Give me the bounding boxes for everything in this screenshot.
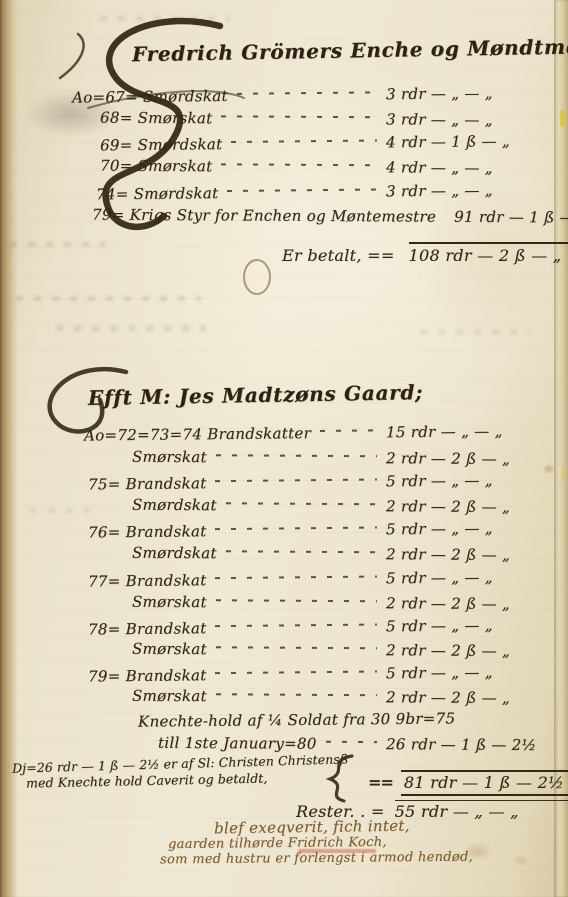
ink-oval-artifact	[241, 258, 275, 298]
dotted-leader	[215, 575, 377, 579]
entry-label: 74= Smørdskat	[96, 184, 219, 203]
bleedthrough-artifact	[56, 326, 206, 331]
ledger-line: 77= Brandskat 5 rdr — „ — „	[88, 568, 560, 591]
dotted-leader	[216, 693, 377, 696]
bleedthrough-artifact	[100, 16, 230, 21]
ledger-line: Ao=67= Smørdskat 3 rdr — „ — „	[72, 83, 560, 106]
ledger-line: 68= Smørskat 3 rdr — „ — „	[100, 109, 560, 130]
entry-label: Smørdskat	[132, 544, 217, 563]
entry-amount: 2 rdr — 2 ß — „	[386, 545, 560, 564]
yellow-fleck	[560, 110, 565, 126]
yellow-fleck	[562, 470, 566, 478]
dotted-leader	[215, 623, 377, 627]
entry-label: 69= Smørdskat	[100, 135, 223, 154]
ledger-line: 75= Brandskat 5 rdr — „ — „	[88, 471, 560, 494]
dotted-leader	[226, 550, 377, 553]
entry-amount: 2 rdr — 2 ß — „	[386, 449, 560, 468]
entry-amount: 3 rdr — „ — „	[386, 110, 560, 129]
entry-amount: 26 rdr — 1 ß — 2½	[386, 735, 560, 754]
entry-label: Smørskat	[132, 593, 207, 611]
bleedthrough-artifact	[10, 242, 105, 247]
ledger-line: 70= Smørskat 4 rdr — „ — „	[100, 157, 560, 178]
bleedthrough-artifact	[420, 330, 530, 335]
ledger-line: Smørskat 2 rdr — 2 ß — „	[132, 687, 560, 708]
ledger-line: 79= Krigs Styr for Enchen og Møntemestre…	[92, 206, 560, 227]
entry-label: till 1ste January=80	[158, 734, 317, 753]
dotted-leader	[216, 646, 377, 649]
ledger-line: Smørdskat 2 rdr — 2 ß — „	[132, 496, 560, 517]
section-heading: Fredrich Grömers Enche og Møndtmestr;	[132, 34, 568, 67]
entry-amount: 2 rdr — 2 ß — „	[386, 688, 560, 707]
entry-label: Smørdskat	[132, 496, 217, 515]
rester-amount: 55 rdr — „ — „	[395, 800, 568, 821]
dotted-leader	[226, 502, 377, 505]
ledger-line: Smørskat 2 rdr — 2 ß — „	[132, 448, 560, 469]
entry-amount: 2 rdr — 2 ß — „	[386, 594, 560, 613]
ledger-line: Smørdskat 2 rdr — 2 ß — „	[132, 544, 560, 565]
dotted-leader	[215, 526, 377, 530]
entry-amount: 5 rdr — „ — „	[386, 616, 560, 636]
sum-amount: 108 rdr — 2 ß — „	[409, 242, 568, 265]
entry-label: 76= Brandskat	[88, 522, 207, 541]
ledger-line: Smørskat 2 rdr — 2 ß — „	[132, 593, 560, 614]
foxing-spot	[514, 855, 529, 866]
entry-label: 68= Smørskat	[100, 109, 213, 128]
dotted-leader	[215, 670, 377, 674]
entry-amount: 5 rdr — „ — „	[386, 568, 560, 588]
ledger-line: Ao=72=73=74 Brandskatter 15 rdr — „ — „	[84, 422, 560, 445]
entry-amount: 3 rdr — „ — „	[386, 83, 560, 103]
dotted-leader	[221, 115, 377, 118]
equals-sign: ==	[368, 773, 393, 792]
red-underline	[298, 849, 376, 853]
ledger-line: 78= Brandskat 5 rdr — „ — „	[88, 616, 560, 639]
dotted-leader	[237, 91, 377, 94]
dotted-leader	[231, 139, 377, 143]
entry-label: 79= Krigs Styr for Enchen og Møntemestre	[92, 206, 436, 226]
ledger-line: Smørskat 2 rdr — 2 ß — „	[132, 640, 560, 661]
ledger-line: 74= Smørdskat 3 rdr — „ — „	[96, 181, 560, 204]
entry-amount: 91 rdr — 1 ß — „	[454, 208, 568, 227]
section-heading: Efft M: Jes Madtzøns Gaard;	[88, 380, 424, 410]
dotted-leader	[320, 429, 377, 432]
entry-label: Knechte-hold af ¼ Soldat fra 30 9br=75	[138, 709, 455, 730]
entry-label: 70= Smørskat	[100, 157, 213, 176]
entry-label: Smørskat	[132, 448, 207, 466]
ledger-line: 76= Brandskat 5 rdr — „ — „	[88, 519, 560, 542]
manuscript-page: Fredrich Grömers Enche og Møndtmestr; Ao…	[0, 0, 568, 897]
sum-label: Er betalt, ==	[282, 246, 395, 265]
sum-line: Er betalt, == 108 rdr — 2 ß — „	[282, 242, 568, 265]
entry-amount: 5 rdr — „ — „	[386, 663, 560, 683]
paid-total-amount: 81 rdr — 1 ß — 2½	[401, 770, 568, 796]
entry-amount: 3 rdr — „ — „	[386, 181, 560, 201]
entry-label: 75= Brandskat	[88, 474, 207, 493]
bleedthrough-artifact	[30, 508, 90, 513]
dotted-leader	[215, 478, 377, 482]
entry-label: 77= Brandskat	[88, 571, 207, 590]
paid-total-line: == 81 rdr — 1 ß — 2½	[368, 770, 568, 796]
dotted-leader	[216, 454, 377, 457]
bleedthrough-artifact	[16, 296, 201, 301]
entry-amount: 2 rdr — 2 ß — „	[386, 497, 560, 516]
knechte-note-line: Knechte-hold af ¼ Soldat fra 30 9br=75	[138, 709, 455, 730]
entry-label: Ao=67= Smørdskat	[72, 87, 228, 107]
entry-amount: 4 rdr — „ — „	[386, 158, 560, 177]
entry-label: Smørskat	[132, 640, 207, 658]
entry-amount: 5 rdr — „ — „	[386, 471, 560, 491]
entry-label: 78= Brandskat	[88, 619, 207, 638]
entry-amount: 4 rdr — 1 ß — „	[386, 132, 560, 152]
dotted-leader	[221, 163, 377, 166]
dotted-leader	[216, 599, 377, 602]
entry-amount: 15 rdr — „ — „	[386, 422, 560, 442]
ledger-line: 69= Smørdskat 4 rdr — 1 ß — „	[100, 132, 560, 155]
entry-amount: 5 rdr — „ — „	[386, 519, 560, 539]
entry-label: Ao=72=73=74 Brandskatter	[84, 424, 311, 444]
entry-label: Smørskat	[132, 687, 207, 705]
dotted-leader	[227, 188, 377, 192]
entry-label: 79= Brandskat	[88, 666, 207, 685]
ledger-line: till 1ste January=80 26 rdr — 1 ß — 2½	[158, 734, 560, 754]
ledger-line: 79= Brandskat 5 rdr — „ — „	[88, 663, 560, 686]
dotted-leader	[326, 740, 377, 742]
entry-amount: 2 rdr — 2 ß — „	[386, 641, 560, 660]
